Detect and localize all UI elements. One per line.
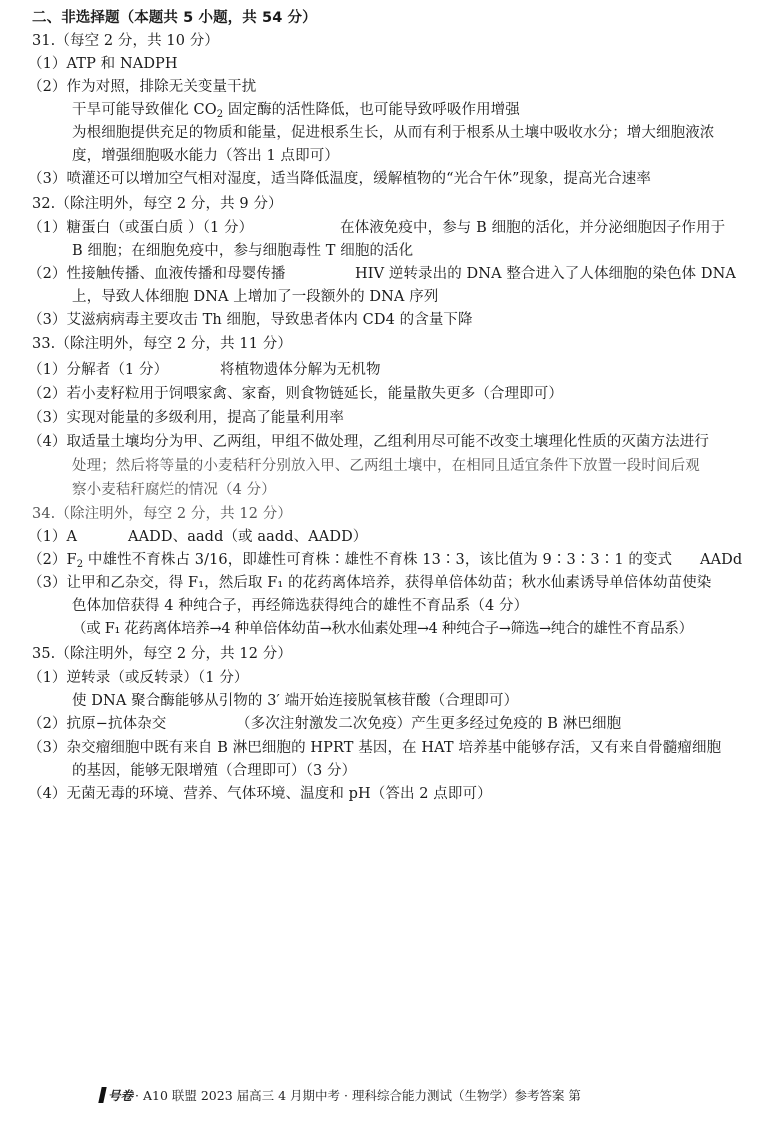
answer-line: （2）抗原−抗体杂交: [28, 714, 166, 734]
answer-text: 逆转录（或反转录）（1 分）: [67, 670, 249, 686]
answer-text: 若小麦籽粒用于饲喂家禽、家畜，则食物链延长，能量散失更多（合理即可）: [67, 386, 563, 402]
sub-label: （2）: [28, 716, 67, 732]
question-number: 33.: [32, 336, 55, 352]
sub-label: （3）: [28, 171, 67, 187]
answer-text: 抗原−抗体杂交: [67, 716, 167, 732]
question-scoring: （除注明外，每空 2 分，共 11 分）: [55, 336, 292, 352]
answer-line: （2）F2 中雄性不育株占 3/16，即雄性可育株∶雄性不育株 13∶3，该比值…: [28, 550, 672, 575]
answer-line: （2）性接触传播、血液传播和母婴传播: [28, 264, 286, 284]
sub-label: （3）: [28, 575, 67, 591]
question-34-header: 34.（除注明外，每空 2 分，共 12 分）: [32, 504, 292, 524]
question-33-header: 33.（除注明外，每空 2 分，共 11 分）: [32, 334, 292, 354]
answer-line: （4）无菌无毒的环境、营养、气体环境、温度和 pH（答出 2 点即可）: [28, 784, 492, 804]
question-scoring: （除注明外，每空 2 分，共 12 分）: [55, 646, 292, 662]
question-35-header: 35.（除注明外，每空 2 分，共 12 分）: [32, 644, 292, 664]
answer-text: 干旱可能导致催化 CO: [72, 102, 217, 118]
answer-text: 无菌无毒的环境、营养、气体环境、温度和 pH（答出 2 点即可）: [67, 786, 492, 802]
answer-line: （1）A: [28, 527, 77, 547]
question-scoring: （除注明外，每空 2 分，共 12 分）: [55, 506, 292, 522]
answer-text: 糖蛋白（或蛋白质 ）（1 分）: [67, 220, 254, 236]
sub-label: （1）: [28, 670, 67, 686]
answer-text-second-blank: （多次注射激发二次免疫）产生更多经过免疫的 B 淋巴细胞: [236, 714, 621, 734]
answer-line: 察小麦秸秆腐烂的情况（4 分）: [72, 480, 276, 500]
answer-text: 喷灌还可以增加空气相对湿度，适当降低温度，缓解植物的“光合午休”现象，提高光合速…: [67, 171, 651, 187]
sub-label: （3）: [28, 312, 67, 328]
question-scoring: （每空 2 分，共 10 分）: [55, 33, 219, 49]
answer-line: （4）取适量土壤均分为甲、乙两组，甲组不做处理，乙组利用尽可能不改变土壤理化性质…: [28, 432, 709, 452]
logo-icon: [98, 1087, 106, 1103]
answer-line: （1）逆转录（或反转录）（1 分）: [28, 668, 249, 688]
answer-text: F: [67, 552, 77, 568]
sub-label: （2）: [28, 552, 67, 568]
answer-text-second-blank: 在体液免疫中，参与 B 细胞的活化，并分泌细胞因子作用于: [340, 218, 725, 238]
page-footer: 号卷· A10 联盟 2023 届高三 4 月期中考 · 理科综合能力测试（生物…: [100, 1086, 581, 1106]
sub-label: （1）: [28, 220, 67, 236]
sub-label: （4）: [28, 786, 67, 802]
sub-label: （2）: [28, 386, 67, 402]
answer-text-second-blank: AADd: [700, 550, 742, 570]
answer-line: （3）艾滋病病毒主要攻击 Th 细胞，导致患者体内 CD4 的含量下降: [28, 310, 473, 330]
question-number: 34.: [32, 506, 55, 522]
answer-key-page: 二、非选择题（本题共 5 小题，共 54 分） 31.（每空 2 分，共 10 …: [0, 0, 767, 1122]
answer-text: 中雄性不育株占 3/16，即雄性可育株∶雄性不育株 13∶3，该比值为 9∶3∶…: [83, 552, 672, 568]
answer-text: 艾滋病病毒主要攻击 Th 细胞，导致患者体内 CD4 的含量下降: [67, 312, 473, 328]
answer-text: 性接触传播、血液传播和母婴传播: [67, 266, 286, 282]
answer-text-second-blank: HIV 逆转录出的 DNA 整合进入了人体细胞的染色体 DNA: [355, 264, 736, 284]
answer-line: 色体加倍获得 4 种纯合子，再经筛选获得纯合的雄性不育品系（4 分）: [72, 596, 528, 616]
question-number: 35.: [32, 646, 55, 662]
answer-line: 度，增强细胞吸水能力（答出 1 点即可）: [72, 146, 339, 166]
answer-text: ATP 和 NADPH: [67, 56, 178, 72]
answer-line: （1）糖蛋白（或蛋白质 ）（1 分）: [28, 218, 253, 238]
sub-label: （1）: [28, 529, 67, 545]
answer-line: （3）喷灌还可以增加空气相对湿度，适当降低温度，缓解植物的“光合午休”现象，提高…: [28, 169, 651, 189]
answer-text: 分解者（1 分）: [67, 362, 169, 378]
question-number: 31.: [32, 33, 55, 49]
section-title: 二、非选择题（本题共 5 小题，共 54 分）: [32, 8, 317, 28]
answer-line: （2）若小麦籽粒用于饲喂家禽、家畜，则食物链延长，能量散失更多（合理即可）: [28, 384, 563, 404]
answer-line: 使 DNA 聚合酶能够从引物的 3′ 端开始连接脱氧核苷酸（合理即可）: [72, 691, 518, 711]
answer-line: （3）杂交瘤细胞中既有来自 B 淋巴细胞的 HPRT 基因，在 HAT 培养基中…: [28, 738, 721, 758]
answer-line: 上，导致人体细胞 DNA 上增加了一段额外的 DNA 序列: [72, 287, 438, 307]
question-number: 32.: [32, 196, 55, 212]
answer-text-second-blank: 将植物遗体分解为无机物: [220, 360, 381, 380]
answer-line: （3）实现对能量的多级利用，提高了能量利用率: [28, 408, 344, 428]
question-32-header: 32.（除注明外，每空 2 分，共 9 分）: [32, 194, 283, 214]
answer-text: A: [67, 529, 78, 545]
answer-line: （或 F₁ 花药离体培养→4 种单倍体幼苗→秋水仙素处理→4 种纯合子→筛选→纯…: [72, 619, 693, 639]
answer-text: 固定酶的活性降低，也可能导致呼吸作用增强: [223, 102, 520, 118]
sub-label: （4）: [28, 434, 67, 450]
sub-label: （2）: [28, 266, 67, 282]
sub-label: （1）: [28, 362, 67, 378]
answer-line: （2）作为对照，排除无关变量干扰: [28, 77, 256, 97]
answer-line: 干旱可能导致催化 CO2 固定酶的活性降低，也可能导致呼吸作用增强: [72, 100, 520, 125]
answer-text: 取适量土壤均分为甲、乙两组，甲组不做处理，乙组利用尽可能不改变土壤理化性质的灭菌…: [67, 434, 709, 450]
answer-line: 为根细胞提供充足的物质和能量，促进根系生长，从而有利于根系从土壤中吸收水分；增大…: [72, 123, 714, 143]
answer-line: （1）ATP 和 NADPH: [28, 54, 178, 74]
question-scoring: （除注明外，每空 2 分，共 9 分）: [55, 196, 282, 212]
answer-text: 杂交瘤细胞中既有来自 B 淋巴细胞的 HPRT 基因，在 HAT 培养基中能够存…: [67, 740, 722, 756]
answer-line: （3）让甲和乙杂交，得 F₁，然后取 F₁ 的花药离体培养，获得单倍体幼苗；秋水…: [28, 573, 711, 593]
answer-text: 作为对照，排除无关变量干扰: [67, 79, 257, 95]
footer-text: · A10 联盟 2023 届高三 4 月期中考 · 理科综合能力测试（生物学）…: [135, 1088, 581, 1103]
answer-line: （1）分解者（1 分）: [28, 360, 168, 380]
sub-label: （3）: [28, 410, 67, 426]
footer-logo: 号卷: [108, 1088, 133, 1103]
sub-label: （1）: [28, 56, 67, 72]
answer-text: 让甲和乙杂交，得 F₁，然后取 F₁ 的花药离体培养，获得单倍体幼苗；秋水仙素诱…: [67, 575, 712, 591]
answer-line: 处理；然后将等量的小麦秸秆分别放入甲、乙两组土壤中，在相同且适宜条件下放置一段时…: [72, 456, 700, 476]
answer-line: B 细胞；在细胞免疫中，参与细胞毒性 T 细胞的活化: [72, 241, 413, 261]
answer-text-second-blank: AADD、aadd（或 aadd、AADD）: [128, 527, 367, 547]
sub-label: （3）: [28, 740, 67, 756]
question-31-header: 31.（每空 2 分，共 10 分）: [32, 31, 219, 51]
answer-text: 实现对能量的多级利用，提高了能量利用率: [67, 410, 344, 426]
sub-label: （2）: [28, 79, 67, 95]
answer-line: 的基因，能够无限增殖（合理即可）（3 分）: [72, 761, 356, 781]
